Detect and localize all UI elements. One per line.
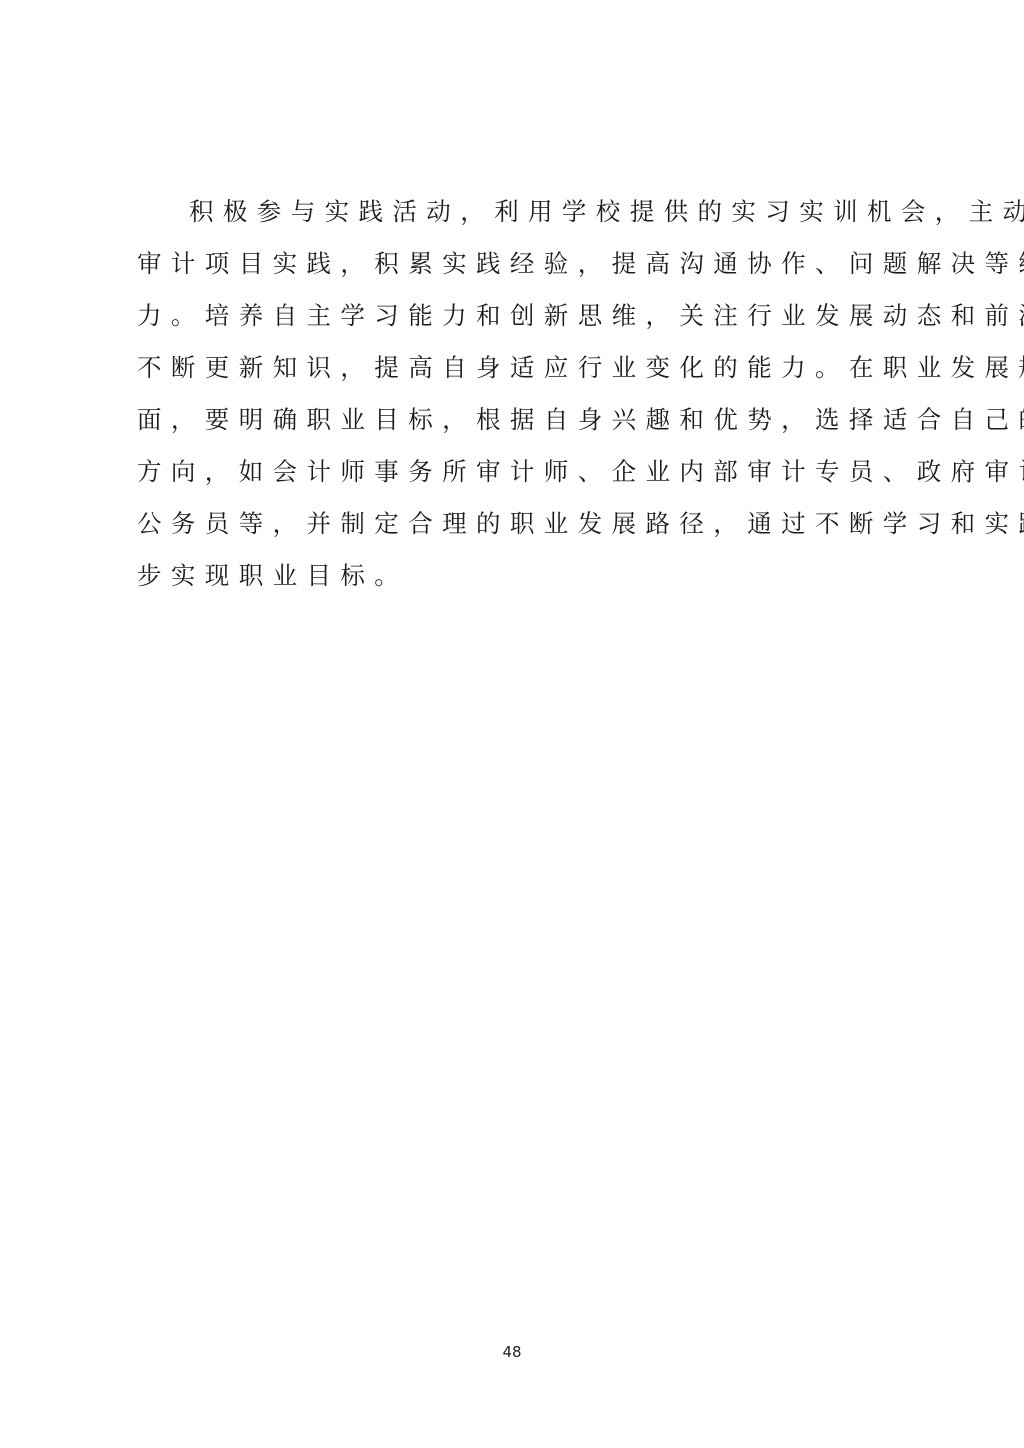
paragraph-line-7: 公务员等，并制定合理的职业发展路径，通过不断学习和实践，逐	[137, 505, 889, 557]
paragraph-line-1: 积极参与实践活动，利用学校提供的实习实训机会，主动参与	[137, 193, 889, 245]
paragraph-line-4: 不断更新知识，提高自身适应行业变化的能力。在职业发展规划方	[137, 349, 889, 401]
paragraph-line-6: 方向，如会计师事务所审计师、企业内部审计专员、政府审计机关	[137, 453, 889, 505]
paragraph-line-5: 面，要明确职业目标，根据自身兴趣和优势，选择适合自己的职业	[137, 401, 889, 453]
document-page: 积极参与实践活动，利用学校提供的实习实训机会，主动参与 审计项目实践，积累实践经…	[0, 0, 1024, 1448]
paragraph-line-8: 步实现职业目标。	[137, 557, 889, 609]
body-paragraph: 积极参与实践活动，利用学校提供的实习实训机会，主动参与 审计项目实践，积累实践经…	[137, 193, 889, 609]
paragraph-line-2: 审计项目实践，积累实践经验，提高沟通协作、问题解决等综合能	[137, 245, 889, 297]
paragraph-line-3: 力。培养自主学习能力和创新思维，关注行业发展动态和前沿技术，	[137, 297, 889, 349]
page-number: 48	[0, 1343, 1024, 1361]
